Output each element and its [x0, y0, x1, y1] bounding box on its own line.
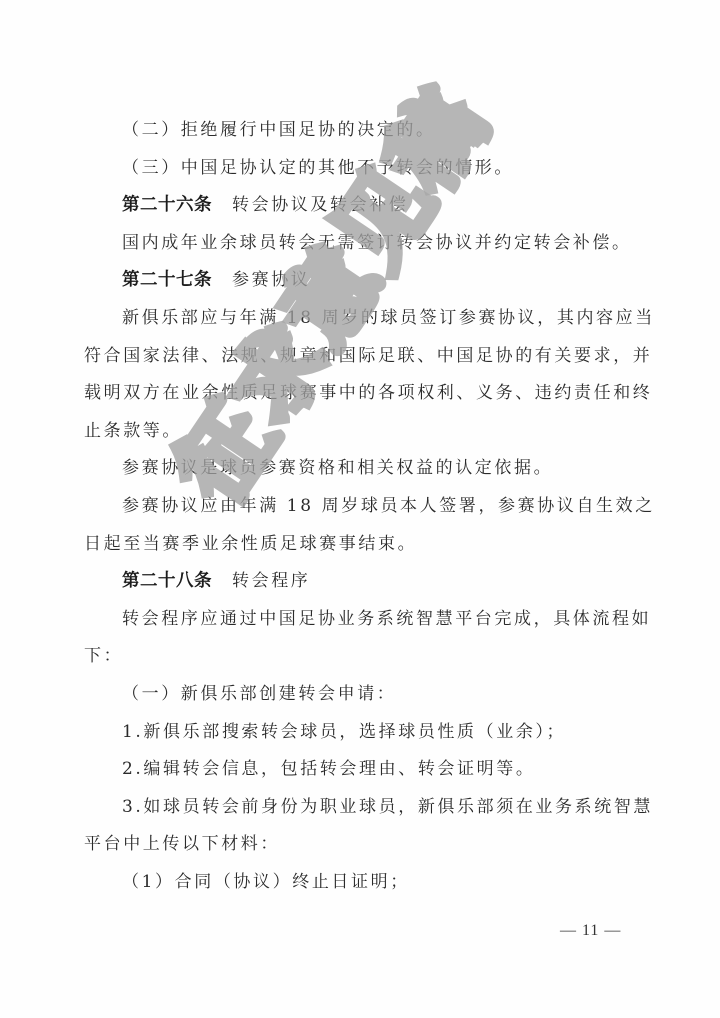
paragraph-line: 符合国家法律、法规、规章和国际足联、中国足协的有关要求，并	[84, 338, 640, 376]
document-page: （二）拒绝履行中国足协的决定的。 （三）中国足协认定的其他不予转会的情形。 第二…	[0, 0, 720, 1018]
paragraph-line: （一）新俱乐部创建转会申请：	[84, 676, 640, 714]
article-number: 第二十七条	[122, 270, 212, 290]
article-title: 参赛协议	[232, 270, 310, 290]
article-title: 转会协议及转会补偿	[232, 195, 408, 215]
list-item: 1.新俱乐部搜索转会球员，选择球员性质（业余）；	[84, 714, 640, 752]
list-item: 2.编辑转会信息，包括转会理由、转会证明等。	[84, 751, 640, 789]
paragraph-line: 国内成年业余球员转会无需签订转会协议并约定转会补偿。	[84, 225, 640, 263]
list-item: （1）合同（协议）终止日证明；	[84, 864, 640, 902]
paragraph-line: 下：	[84, 638, 640, 676]
paragraph-line: 载明双方在业余性质足球赛事中的各项权利、义务、违约责任和终	[84, 375, 640, 413]
paragraph-line: 平台中上传以下材料：	[84, 826, 640, 864]
article-number: 第二十八条	[122, 571, 212, 591]
article-title: 转会程序	[232, 571, 310, 591]
paragraph-line: 新俱乐部应与年满 18 周岁的球员签订参赛协议，其内容应当	[84, 300, 640, 338]
body-text: （二）拒绝履行中国足协的决定的。 （三）中国足协认定的其他不予转会的情形。 第二…	[84, 112, 640, 901]
paragraph-line: （二）拒绝履行中国足协的决定的。	[84, 112, 640, 150]
article-heading-27: 第二十七条参赛协议	[84, 262, 640, 300]
paragraph-line: 止条款等。	[84, 413, 640, 451]
paragraph-line: 参赛协议是球员参赛资格和相关权益的认定依据。	[84, 450, 640, 488]
paragraph-line: 参赛协议应由年满 18 周岁球员本人签署，参赛协议自生效之	[84, 488, 640, 526]
list-item: 3.如球员转会前身份为职业球员，新俱乐部须在业务系统智慧	[84, 789, 640, 827]
article-heading-26: 第二十六条转会协议及转会补偿	[84, 187, 640, 225]
paragraph-line: （三）中国足协认定的其他不予转会的情形。	[84, 150, 640, 188]
paragraph-line: 转会程序应通过中国足协业务系统智慧平台完成，具体流程如	[84, 601, 640, 639]
page-number: — 11 —	[560, 922, 621, 940]
paragraph-line: 日起至当赛季业余性质足球赛事结束。	[84, 526, 640, 564]
article-heading-28: 第二十八条转会程序	[84, 563, 640, 601]
article-number: 第二十六条	[122, 195, 212, 215]
